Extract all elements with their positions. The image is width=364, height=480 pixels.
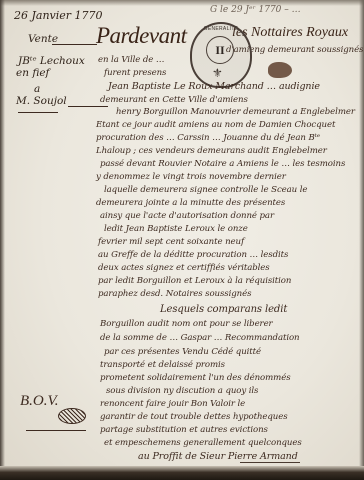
body-line: Etant ce jour audit amiens au nom de Dam… [96, 121, 335, 130]
body-line: furent presens [104, 69, 166, 78]
body-line: au Greffe de la déditte procuration … le… [98, 251, 288, 260]
margin-date: 26 Janvier 1770 [14, 10, 103, 21]
flourish-line [68, 106, 108, 107]
body-line: procuration des … Carssin … Jouanne du d… [96, 134, 320, 143]
body-line: ledit Jean Baptiste Leroux le onze [104, 225, 248, 234]
body-line: paraphez desd. Notaires soussignés [98, 290, 251, 299]
body-line: transporté et delaissé promis [100, 361, 225, 370]
body-line: par ces présentes Vendu Cédé quitté [104, 348, 261, 357]
body-line: passé devant Rouvier Notaire a Amiens le… [100, 160, 345, 169]
body-line: Borguillon audit nom ont pour se liberer [100, 320, 273, 329]
body-line: fevrier mil sept cent soixante neuf [98, 238, 244, 247]
body-line: laquelle demeurera signee controlle le S… [104, 186, 307, 195]
margin-party-2: M. Soujol [16, 96, 67, 107]
body-line: demeurera jointe a la minutte des présen… [96, 199, 285, 208]
flourish-line [52, 44, 97, 45]
body-line: henry Borguillon Manouvrier demeurant a … [116, 108, 355, 117]
body-line: partage substitution et autres evictions [100, 426, 268, 435]
body-line: garantir de tout trouble dettes hypotheq… [100, 413, 288, 422]
paper-edge-left [0, 0, 5, 480]
body-line: y denommez le vingt trois novembre derni… [96, 173, 286, 182]
body-line: au Proffit de Sieur Pierre Armand [138, 452, 298, 462]
body-line: prometent solidairement l'un des dénommé… [100, 374, 291, 383]
signature-paraph [58, 408, 86, 424]
closing-rule [240, 462, 300, 463]
seal-numeral: II [206, 36, 234, 64]
body-line: de la somme de … Gaspar … Recommandation [100, 334, 300, 343]
body-line: deux actes signez et certiffiés véritabl… [98, 264, 270, 273]
paper-edge-bottom [0, 466, 364, 480]
heading-notaires-royaux: les Nottaires Royaux [232, 26, 348, 40]
official-seal-stamp: GENERALITE II ⚜ [190, 22, 252, 88]
left-initials: B.O.V. [20, 393, 58, 410]
body-line: Jean Baptiste Le Roux Marchand … audigni… [108, 82, 320, 92]
paper-edge-right [359, 0, 364, 480]
body-line: sous division ny discution a quoy ils [106, 387, 258, 396]
seal-text: GENERALITE [196, 26, 246, 32]
margin-party-1: JBᵗᵉ Lechoux [18, 56, 85, 67]
heading-pardevant: Pardevant [96, 24, 186, 47]
ink-blot [268, 62, 292, 78]
body-line: et empeschemens generallement quelconque… [104, 439, 302, 448]
body-line: ainsy que l'acte d'autorisation donné pa… [100, 212, 274, 221]
margin-party-1-detail: en fief [16, 68, 49, 79]
document-scan: 26 Janvier 1770 Vente JBᵗᵉ Lechoux en fi… [0, 0, 364, 480]
flourish-line [18, 112, 58, 113]
body-line: en la Ville de … [98, 56, 164, 65]
paper-edge-top [0, 0, 364, 6]
margin-act-type: Vente [28, 34, 58, 45]
top-annotation: G le 29 Jᵉʳ 1770 – … [210, 6, 301, 15]
body-line: renoncent faire jouir Bon Valoir le [100, 400, 245, 409]
fleur-de-lis-icon: ⚜ [212, 66, 223, 81]
flourish-line [26, 430, 86, 431]
body-line: par ledit Borguillon et Leroux à la réqu… [98, 277, 291, 286]
body-line: Lhaloup ; ces vendeurs demeurans audit E… [96, 147, 327, 156]
margin-preposition: a [34, 84, 40, 95]
body-line: demeurant en Cette Ville d'amiens [100, 96, 248, 105]
body-line: Lesquels comparans ledit [160, 305, 287, 315]
